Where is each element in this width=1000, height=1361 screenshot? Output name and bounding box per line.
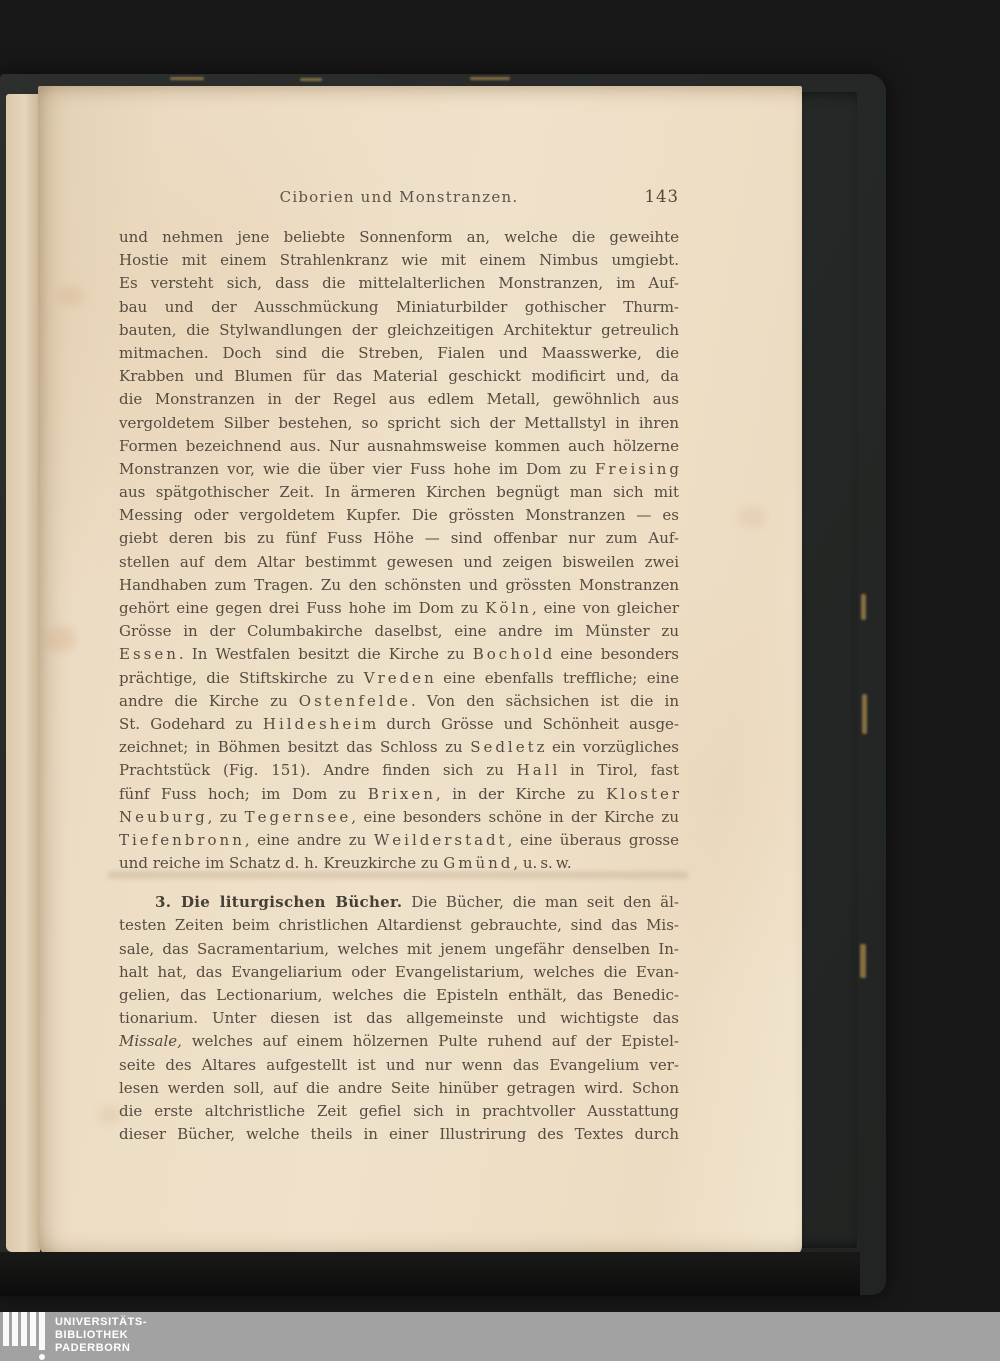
library-name-line: BIBLIOTHEK — [55, 1329, 147, 1342]
text-segment: die erste altchristliche Zeit gefiel sic… — [119, 1102, 679, 1120]
text-line: Prachtstück (Fig. 151). Andre finden sic… — [119, 759, 679, 782]
text-line: prächtige, die Stiftskirche zu V r e d e… — [119, 667, 679, 690]
logo-dot — [39, 1354, 45, 1360]
text-segment: St. Godehard zu H i l d e s h e i m durc… — [119, 715, 679, 733]
adjacent-page-edge — [6, 94, 40, 1252]
text-segment: Formen bezeichnend aus. Nur ausnahmsweis… — [119, 437, 679, 455]
text-segment: die Monstranzen in der Regel aus edlem M… — [119, 390, 679, 408]
gold-fleck — [170, 77, 204, 80]
text-line: Krabben und Blumen für das Material gesc… — [119, 365, 679, 388]
text-line: Missale, welches auf einem hölzernen Pul… — [119, 1030, 679, 1053]
library-watermark-bar: UNIVERSITÄTS- BIBLIOTHEK PADERBORN — [0, 1312, 1000, 1361]
text-segment: aus spätgothischer Zeit. In ärmeren Kirc… — [119, 483, 679, 501]
text-line: 3. Die liturgischen Bücher. Die Bücher, … — [119, 891, 679, 914]
logo-bar — [3, 1312, 9, 1346]
text-line: mitmachen. Doch sind die Streben, Fialen… — [119, 342, 679, 365]
text-segment: und nehmen jene beliebte Sonnenform an, … — [119, 228, 679, 246]
page-stain — [46, 626, 76, 652]
section-heading: 3. Die liturgischen Bücher. — [155, 893, 402, 911]
text-segment: prächtige, die Stiftskirche zu V r e d e… — [119, 669, 679, 687]
library-name-line: UNIVERSITÄTS- — [55, 1316, 147, 1329]
logo-bar — [39, 1312, 45, 1350]
text-line: testen Zeiten beim christlichen Altardie… — [119, 914, 679, 937]
running-header: Ciborien und Monstranzen. — [119, 188, 679, 206]
text-line: Hostie mit einem Strahlenkranz wie mit e… — [119, 249, 679, 272]
text-line: zeichnet; in Böhmen besitzt das Schloss … — [119, 736, 679, 759]
text-segment: Messing oder vergoldetem Kupfer. Die grö… — [119, 506, 679, 524]
text-line: N e u b u r g , zu T e g e r n s e e , e… — [119, 806, 679, 829]
text-line: die erste altchristliche Zeit gefiel sic… — [119, 1100, 679, 1123]
text-segment: fünf Fuss hoch; im Dom zu B r i x e n , … — [119, 785, 679, 803]
text-line: und nehmen jene beliebte Sonnenform an, … — [119, 226, 679, 249]
text-line: giebt deren bis zu fünf Fuss Höhe — sind… — [119, 527, 679, 550]
text-line: gehört eine gegen drei Fuss hohe im Dom … — [119, 597, 679, 620]
text-segment: bauten, die Stylwandlungen der gleichzei… — [119, 321, 679, 339]
text-segment: Hostie mit einem Strahlenkranz wie mit e… — [119, 251, 679, 269]
text-line: St. Godehard zu H i l d e s h e i m durc… — [119, 713, 679, 736]
italic-term: Missale, — [119, 1032, 182, 1050]
gold-fleck — [300, 78, 322, 81]
text-line: T i e f e n b r o n n , eine andre zu W … — [119, 829, 679, 852]
text-line: Monstranzen vor, wie die über vier Fuss … — [119, 458, 679, 481]
gold-fleck — [861, 594, 866, 620]
text-line: andre die Kirche zu O s t e n f e l d e … — [119, 690, 679, 713]
gold-fleck — [470, 77, 510, 80]
text-line: halt hat, das Evangeliarium oder Evangel… — [119, 961, 679, 984]
text-segment: stellen auf dem Altar bestimmt gewesen u… — [119, 553, 679, 571]
ub-paderborn-logo-icon — [3, 1312, 49, 1361]
page-number: 143 — [645, 187, 680, 206]
page-stack-fore-edge — [800, 92, 857, 1248]
book-scan-viewport: Ciborien und Monstranzen. 143 und nehmen… — [0, 0, 1000, 1361]
text-line: lesen werden soll, auf die andre Seite h… — [119, 1077, 679, 1100]
logo-bar — [21, 1312, 27, 1346]
logo-bar — [30, 1312, 36, 1346]
text-line: tionarium. Unter diesen ist das allgemei… — [119, 1007, 679, 1030]
text-line: Handhaben zum Tragen. Zu den schönsten u… — [119, 574, 679, 597]
text-line: sale, das Sacramentarium, welches mit je… — [119, 938, 679, 961]
text-segment: Grösse in der Columbakirche daselbst, ei… — [119, 622, 679, 640]
text-line: Formen bezeichnend aus. Nur ausnahmsweis… — [119, 435, 679, 458]
page-stain — [58, 286, 84, 306]
text-segment: Es versteht sich, dass die mittelalterli… — [119, 274, 679, 292]
text-segment: mitmachen. Doch sind die Streben, Fialen… — [119, 344, 679, 362]
text-segment: T i e f e n b r o n n , eine andre zu W … — [119, 831, 679, 849]
text-segment: Monstranzen vor, wie die über vier Fuss … — [119, 460, 679, 478]
book-bottom-edge — [0, 1252, 860, 1296]
text-segment: tionarium. Unter diesen ist das allgemei… — [119, 1009, 679, 1027]
text-segment: E s s e n . In Westfalen besitzt die Kir… — [119, 645, 679, 663]
text-segment: halt hat, das Evangeliarium oder Evangel… — [119, 963, 679, 981]
text-line: aus spätgothischer Zeit. In ärmeren Kirc… — [119, 481, 679, 504]
text-line: seite des Altares aufgestellt ist und nu… — [119, 1054, 679, 1077]
text-line: gelien, das Lectionarium, welches die Ep… — [119, 984, 679, 1007]
text-line: Messing oder vergoldetem Kupfer. Die grö… — [119, 504, 679, 527]
text-segment: zeichnet; in Böhmen besitzt das Schloss … — [119, 738, 679, 756]
text-line: bau und der Ausschmückung Miniaturbilder… — [119, 296, 679, 319]
text-segment: bau und der Ausschmückung Miniaturbilder… — [119, 298, 679, 316]
text-segment: sale, das Sacramentarium, welches mit je… — [119, 940, 679, 958]
text-segment: N e u b u r g , zu T e g e r n s e e , e… — [119, 808, 679, 826]
gold-fleck — [862, 694, 867, 734]
paragraph: 3. Die liturgischen Bücher. Die Bücher, … — [119, 891, 679, 1146]
text-line: Es versteht sich, dass die mittelalterli… — [119, 272, 679, 295]
page-stain — [738, 506, 766, 528]
text-line: und reiche im Schatz d. h. Kreuzkirche z… — [119, 852, 679, 875]
text-line: fünf Fuss hoch; im Dom zu B r i x e n , … — [119, 783, 679, 806]
text-segment: dieser Bücher, welche theils in einer Il… — [119, 1125, 679, 1143]
library-name: UNIVERSITÄTS- BIBLIOTHEK PADERBORN — [55, 1316, 147, 1355]
text-line: E s s e n . In Westfalen besitzt die Kir… — [119, 643, 679, 666]
text-segment: Handhaben zum Tragen. Zu den schönsten u… — [119, 576, 679, 594]
text-segment: Prachtstück (Fig. 151). Andre finden sic… — [119, 761, 679, 779]
text-segment: und reiche im Schatz d. h. Kreuzkirche z… — [119, 854, 572, 872]
text-line: die Monstranzen in der Regel aus edlem M… — [119, 388, 679, 411]
text-line: Grösse in der Columbakirche daselbst, ei… — [119, 620, 679, 643]
text-segment: Krabben und Blumen für das Material gesc… — [119, 367, 679, 385]
text-segment: gelien, das Lectionarium, welches die Ep… — [119, 986, 679, 1004]
text-line: stellen auf dem Altar bestimmt gewesen u… — [119, 551, 679, 574]
text-line: bauten, die Stylwandlungen der gleichzei… — [119, 319, 679, 342]
text-segment: vergoldetem Silber bestehen, so spricht … — [119, 414, 679, 432]
text-block: und nehmen jene beliebte Sonnenform an, … — [119, 226, 679, 1146]
text-segment: gehört eine gegen drei Fuss hohe im Dom … — [119, 599, 679, 617]
text-line: vergoldetem Silber bestehen, so spricht … — [119, 412, 679, 435]
library-name-line: PADERBORN — [55, 1342, 147, 1355]
text-line: dieser Bücher, welche theils in einer Il… — [119, 1123, 679, 1146]
text-segment: testen Zeiten beim christlichen Altardie… — [119, 916, 679, 934]
text-segment: giebt deren bis zu fünf Fuss Höhe — sind… — [119, 529, 679, 547]
text-segment: Die Bücher, die man seit den äl- — [402, 893, 679, 911]
text-segment: welches auf einem hölzernen Pulte ruhend… — [182, 1032, 679, 1050]
page-header-row: Ciborien und Monstranzen. 143 — [119, 188, 679, 210]
text-segment: lesen werden soll, auf die andre Seite h… — [119, 1079, 679, 1097]
text-segment: andre die Kirche zu O s t e n f e l d e … — [119, 692, 679, 710]
paragraph: und nehmen jene beliebte Sonnenform an, … — [119, 226, 679, 875]
logo-bar — [12, 1312, 18, 1346]
gold-fleck — [860, 944, 866, 978]
text-segment: seite des Altares aufgestellt ist und nu… — [119, 1056, 679, 1074]
